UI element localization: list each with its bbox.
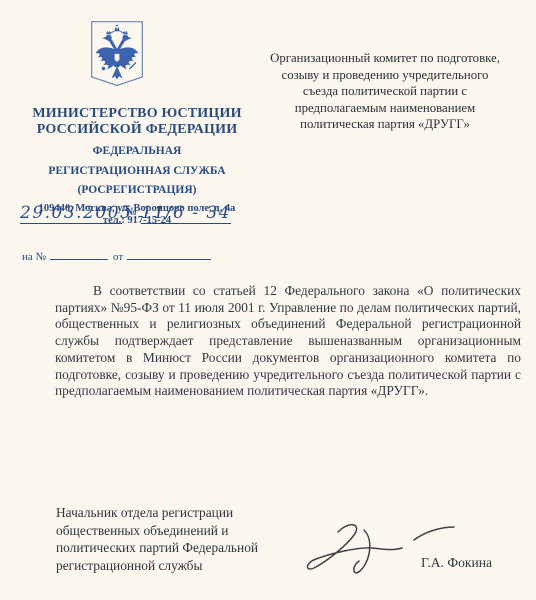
handwritten-date: 29.03.2005 <box>20 203 132 223</box>
service-name-line3: (РОСРЕГИСТРАЦИЯ) <box>18 184 256 197</box>
reply-date-blank <box>127 249 211 260</box>
signer-title-block: Начальник отдела регистрации общественны… <box>56 504 286 574</box>
handwritten-signature <box>302 518 462 582</box>
reply-reference-line: на №от <box>22 249 211 263</box>
ministry-name-line1: МИНИСТЕРСТВО ЮСТИЦИИ <box>18 106 256 122</box>
addressee-line: съезда политической партии с <box>238 83 532 100</box>
addressee-line: предполагаемым наименованием <box>238 100 532 117</box>
coat-of-arms-emblem <box>91 21 143 87</box>
addressee-line: Организационный комитет по подготовке, <box>238 50 532 67</box>
signer-title-line: общественных объединений и <box>56 522 286 540</box>
service-name-line2: РЕГИСТРАЦИОННАЯ СЛУЖБА <box>18 165 256 178</box>
letter-body-paragraph: В соответствии со статьей 12 Федеральног… <box>55 283 521 400</box>
signer-title-line: регистрационной службы <box>56 557 286 575</box>
scanned-letter-page: МИНИСТЕРСТВО ЮСТИЦИИ РОССИЙСКОЙ ФЕДЕРАЦИ… <box>0 0 536 600</box>
reply-from-label: от <box>113 251 123 263</box>
reply-number-blank <box>50 249 108 260</box>
signer-name: Г.А. Фокина <box>421 555 492 571</box>
addressee-line: созыву и проведению учредительного <box>238 67 532 84</box>
addressee-line: политическая партия «ДРУГГ» <box>238 116 532 133</box>
signature-icon <box>302 518 462 582</box>
reply-prefix-label: на № <box>22 251 46 263</box>
signer-title-line: Начальник отдела регистрации <box>56 504 286 522</box>
double-headed-eagle-icon <box>91 21 143 87</box>
reference-line: 29.03.2005№11/6 - 34 <box>20 203 231 224</box>
ministry-name-line2: РОССИЙСКОЙ ФЕДЕРАЦИИ <box>18 122 256 138</box>
signer-title-line: политических партий Федеральной <box>56 539 286 557</box>
service-name-line1: ФЕДЕРАЛЬНАЯ <box>18 145 256 158</box>
number-sign: № <box>126 206 137 218</box>
handwritten-number: 11/6 - 34 <box>141 203 231 223</box>
addressee-block: Организационный комитет по подготовке, с… <box>238 50 532 133</box>
